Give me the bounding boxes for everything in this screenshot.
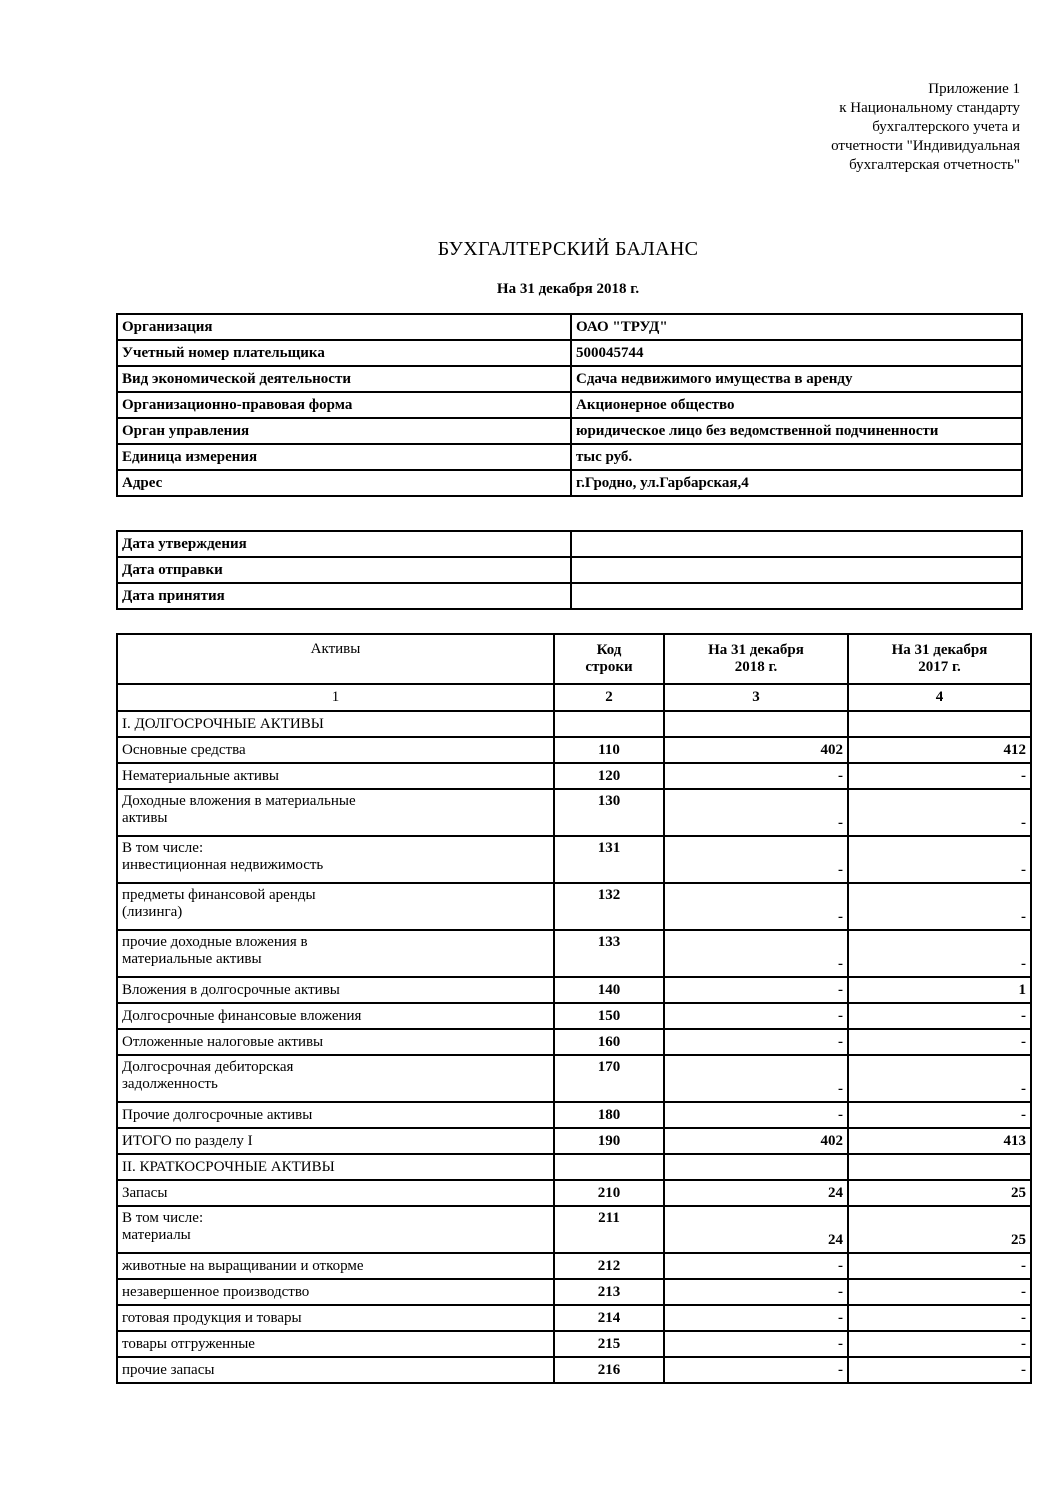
row-value-2017: 1: [848, 977, 1031, 1003]
header-previous-line1: На 31 декабря: [853, 642, 1026, 659]
table-row: Доходные вложения в материальныеактивы13…: [117, 789, 1031, 836]
row-value-2017: -: [848, 1003, 1031, 1029]
date-label: Дата отправки: [117, 557, 571, 583]
header-previous-period: На 31 декабря 2017 г.: [848, 634, 1031, 684]
row-name: Вложения в долгосрочные активы: [117, 977, 554, 1003]
row-name: Отложенные налоговые активы: [117, 1029, 554, 1055]
date-row: Дата принятия: [117, 583, 1022, 609]
row-value-2017: 413: [848, 1128, 1031, 1154]
table-row: Отложенные налоговые активы160--: [117, 1029, 1031, 1055]
row-name-line2: (лизинга): [122, 904, 549, 921]
total-row: ИТОГО по разделу I190402413: [117, 1128, 1031, 1154]
date-row: Дата утверждения: [117, 531, 1022, 557]
table-row: Основные средства110402412: [117, 737, 1031, 763]
info-label: Организация: [117, 314, 571, 340]
row-code: 140: [554, 977, 664, 1003]
row-value-2018: 24: [664, 1206, 848, 1253]
row-name-line2: активы: [122, 810, 549, 827]
row-value-2018: 24: [664, 1180, 848, 1206]
row-name: Прочие долгосрочные активы: [117, 1102, 554, 1128]
row-value-2018: -: [664, 763, 848, 789]
row-code: 130: [554, 789, 664, 836]
row-value-2017: -: [848, 1357, 1031, 1383]
table-row: товары отгруженные215--: [117, 1331, 1031, 1357]
dates-table: Дата утвержденияДата отправкиДата принят…: [116, 530, 1023, 610]
row-value-2017: -: [848, 1029, 1031, 1055]
row-code: 215: [554, 1331, 664, 1357]
row-code: 120: [554, 763, 664, 789]
row-code: 216: [554, 1357, 664, 1383]
header-current-line2: 2018 г.: [669, 659, 843, 676]
row-name-line2: задолженность: [122, 1076, 549, 1093]
row-name: незавершенное производство: [117, 1279, 554, 1305]
appendix-line: к Национальному стандарту: [831, 99, 1020, 118]
row-value-2018: [664, 711, 848, 737]
row-name-line1: Доходные вложения в материальные: [122, 793, 549, 810]
row-value-2018: -: [664, 789, 848, 836]
row-code: 210: [554, 1180, 664, 1206]
header-previous-line2: 2017 г.: [853, 659, 1026, 676]
row-value-2018: -: [664, 977, 848, 1003]
row-code: 133: [554, 930, 664, 977]
header-code-line2: строки: [559, 659, 659, 676]
row-name-line2: инвестиционная недвижимость: [122, 857, 549, 874]
info-value: Акционерное общество: [571, 392, 1022, 418]
row-value-2018: [664, 1154, 848, 1180]
row-code: 213: [554, 1279, 664, 1305]
column-number: 3: [664, 684, 848, 711]
info-row: ОрганизацияОАО "ТРУД": [117, 314, 1022, 340]
table-row: В том числе:материалы2112425: [117, 1206, 1031, 1253]
row-name: В том числе:материалы: [117, 1206, 554, 1253]
table-row: Вложения в долгосрочные активы140-1: [117, 977, 1031, 1003]
header-current-period: На 31 декабря 2018 г.: [664, 634, 848, 684]
info-value: ОАО "ТРУД": [571, 314, 1022, 340]
date-label: Дата принятия: [117, 583, 571, 609]
row-code: 110: [554, 737, 664, 763]
row-code: 160: [554, 1029, 664, 1055]
section-header-row: I. ДОЛГОСРОЧНЫЕ АКТИВЫ: [117, 711, 1031, 737]
date-row: Дата отправки: [117, 557, 1022, 583]
row-name: Основные средства: [117, 737, 554, 763]
info-label: Адрес: [117, 470, 571, 496]
table-row: незавершенное производство213--: [117, 1279, 1031, 1305]
row-value-2017: -: [848, 883, 1031, 930]
organization-info-table: ОрганизацияОАО "ТРУД"Учетный номер плате…: [116, 313, 1023, 497]
row-value-2018: -: [664, 836, 848, 883]
info-label: Орган управления: [117, 418, 571, 444]
row-value-2017: 412: [848, 737, 1031, 763]
row-name: животные на выращивании и откорме: [117, 1253, 554, 1279]
row-value-2017: -: [848, 789, 1031, 836]
header-current-line1: На 31 декабря: [669, 642, 843, 659]
header-assets: Активы: [117, 634, 554, 684]
row-value-2017: 25: [848, 1180, 1031, 1206]
section-header-row: II. КРАТКОСРОЧНЫЕ АКТИВЫ: [117, 1154, 1031, 1180]
date-label: Дата утверждения: [117, 531, 571, 557]
row-code: 211: [554, 1206, 664, 1253]
row-value-2017: 25: [848, 1206, 1031, 1253]
table-row: животные на выращивании и откорме212--: [117, 1253, 1031, 1279]
header-code: Код строки: [554, 634, 664, 684]
info-row: Организационно-правовая формаАкционерное…: [117, 392, 1022, 418]
row-name: предметы финансовой аренды(лизинга): [117, 883, 554, 930]
info-value: 500045744: [571, 340, 1022, 366]
row-code: 132: [554, 883, 664, 930]
info-label: Организационно-правовая форма: [117, 392, 571, 418]
table-row: готовая продукция и товары214--: [117, 1305, 1031, 1331]
row-code: 170: [554, 1055, 664, 1102]
row-code: 150: [554, 1003, 664, 1029]
table-row: прочие запасы216--: [117, 1357, 1031, 1383]
table-row: Нематериальные активы120--: [117, 763, 1031, 789]
row-name: В том числе:инвестиционная недвижимость: [117, 836, 554, 883]
row-value-2017: -: [848, 1305, 1031, 1331]
row-value-2018: -: [664, 1357, 848, 1383]
row-value-2018: -: [664, 930, 848, 977]
row-value-2017: -: [848, 836, 1031, 883]
table-row: Долгосрочные финансовые вложения150--: [117, 1003, 1031, 1029]
date-value-field[interactable]: [571, 531, 1022, 557]
row-name-line1: В том числе:: [122, 840, 549, 857]
table-row: прочие доходные вложения вматериальные а…: [117, 930, 1031, 977]
row-name-line1: прочие доходные вложения в: [122, 934, 549, 951]
row-value-2017: -: [848, 763, 1031, 789]
info-row: Единица измерениятыс руб.: [117, 444, 1022, 470]
row-value-2017: -: [848, 1279, 1031, 1305]
row-name-line1: предметы финансовой аренды: [122, 887, 549, 904]
info-value: тыс руб.: [571, 444, 1022, 470]
row-value-2018: -: [664, 1055, 848, 1102]
row-name: I. ДОЛГОСРОЧНЫЕ АКТИВЫ: [117, 711, 554, 737]
row-value-2018: -: [664, 1253, 848, 1279]
row-value-2017: [848, 711, 1031, 737]
info-row: Адресг.Гродно, ул.Гарбарская,4: [117, 470, 1022, 496]
row-value-2018: -: [664, 883, 848, 930]
date-value-field[interactable]: [571, 557, 1022, 583]
row-value-2017: [848, 1154, 1031, 1180]
row-name: Долгосрочные финансовые вложения: [117, 1003, 554, 1029]
row-value-2018: -: [664, 1102, 848, 1128]
row-code: 212: [554, 1253, 664, 1279]
table-row: Запасы2102425: [117, 1180, 1031, 1206]
balance-header-row: Активы Код строки На 31 декабря 2018 г. …: [117, 634, 1031, 684]
info-label: Вид экономической деятельности: [117, 366, 571, 392]
table-row: Прочие долгосрочные активы180--: [117, 1102, 1031, 1128]
column-number: 4: [848, 684, 1031, 711]
row-value-2017: -: [848, 930, 1031, 977]
appendix-line: Приложение 1: [831, 80, 1020, 99]
row-name: Нематериальные активы: [117, 763, 554, 789]
row-code: 131: [554, 836, 664, 883]
row-name: прочие доходные вложения вматериальные а…: [117, 930, 554, 977]
row-value-2017: -: [848, 1331, 1031, 1357]
row-code: 214: [554, 1305, 664, 1331]
row-value-2017: -: [848, 1253, 1031, 1279]
row-name: Запасы: [117, 1180, 554, 1206]
row-name-line2: материалы: [122, 1227, 549, 1244]
row-name-line1: Долгосрочная дебиторская: [122, 1059, 549, 1076]
row-value-2018: 402: [664, 1128, 848, 1154]
row-value-2017: -: [848, 1102, 1031, 1128]
row-name: Долгосрочная дебиторскаязадолженность: [117, 1055, 554, 1102]
info-value: Сдача недвижимого имущества в аренду: [571, 366, 1022, 392]
row-value-2017: -: [848, 1055, 1031, 1102]
row-value-2018: -: [664, 1003, 848, 1029]
info-value: г.Гродно, ул.Гарбарская,4: [571, 470, 1022, 496]
row-value-2018: -: [664, 1029, 848, 1055]
column-number: 2: [554, 684, 664, 711]
table-row: предметы финансовой аренды(лизинга)132--: [117, 883, 1031, 930]
row-code: [554, 711, 664, 737]
row-name: товары отгруженные: [117, 1331, 554, 1357]
row-name-line2: материальные активы: [122, 951, 549, 968]
info-value: юридическое лицо без ведомственной подчи…: [571, 418, 1022, 444]
row-value-2018: -: [664, 1305, 848, 1331]
header-code-line1: Код: [559, 642, 659, 659]
row-name: готовая продукция и товары: [117, 1305, 554, 1331]
row-name: II. КРАТКОСРОЧНЫЕ АКТИВЫ: [117, 1154, 554, 1180]
document-title: БУХГАЛТЕРСКИЙ БАЛАНС: [0, 238, 1058, 261]
info-label: Единица измерения: [117, 444, 571, 470]
info-row: Орган управленияюридическое лицо без вед…: [117, 418, 1022, 444]
row-code: 180: [554, 1102, 664, 1128]
appendix-line: отчетности "Индивидуальная: [831, 137, 1020, 156]
appendix-line: бухгалтерская отчетность": [831, 156, 1020, 175]
column-numbers-row: 1 2 3 4: [117, 684, 1031, 711]
row-code: 190: [554, 1128, 664, 1154]
date-value-field[interactable]: [571, 583, 1022, 609]
row-name: ИТОГО по разделу I: [117, 1128, 554, 1154]
row-value-2018: -: [664, 1279, 848, 1305]
row-name: Доходные вложения в материальныеактивы: [117, 789, 554, 836]
row-value-2018: -: [664, 1331, 848, 1357]
table-row: Долгосрочная дебиторскаязадолженность170…: [117, 1055, 1031, 1102]
appendix-note: Приложение 1 к Национальному стандарту б…: [831, 80, 1020, 175]
info-label: Учетный номер плательщика: [117, 340, 571, 366]
row-name: прочие запасы: [117, 1357, 554, 1383]
row-code: [554, 1154, 664, 1180]
row-name-line1: В том числе:: [122, 1210, 549, 1227]
appendix-line: бухгалтерского учета и: [831, 118, 1020, 137]
row-value-2018: 402: [664, 737, 848, 763]
balance-table: Активы Код строки На 31 декабря 2018 г. …: [116, 633, 1032, 1384]
info-row: Учетный номер плательщика500045744: [117, 340, 1022, 366]
info-row: Вид экономической деятельностиСдача недв…: [117, 366, 1022, 392]
table-row: В том числе:инвестиционная недвижимость1…: [117, 836, 1031, 883]
column-number: 1: [117, 684, 554, 711]
document-date: На 31 декабря 2018 г.: [0, 281, 1058, 298]
